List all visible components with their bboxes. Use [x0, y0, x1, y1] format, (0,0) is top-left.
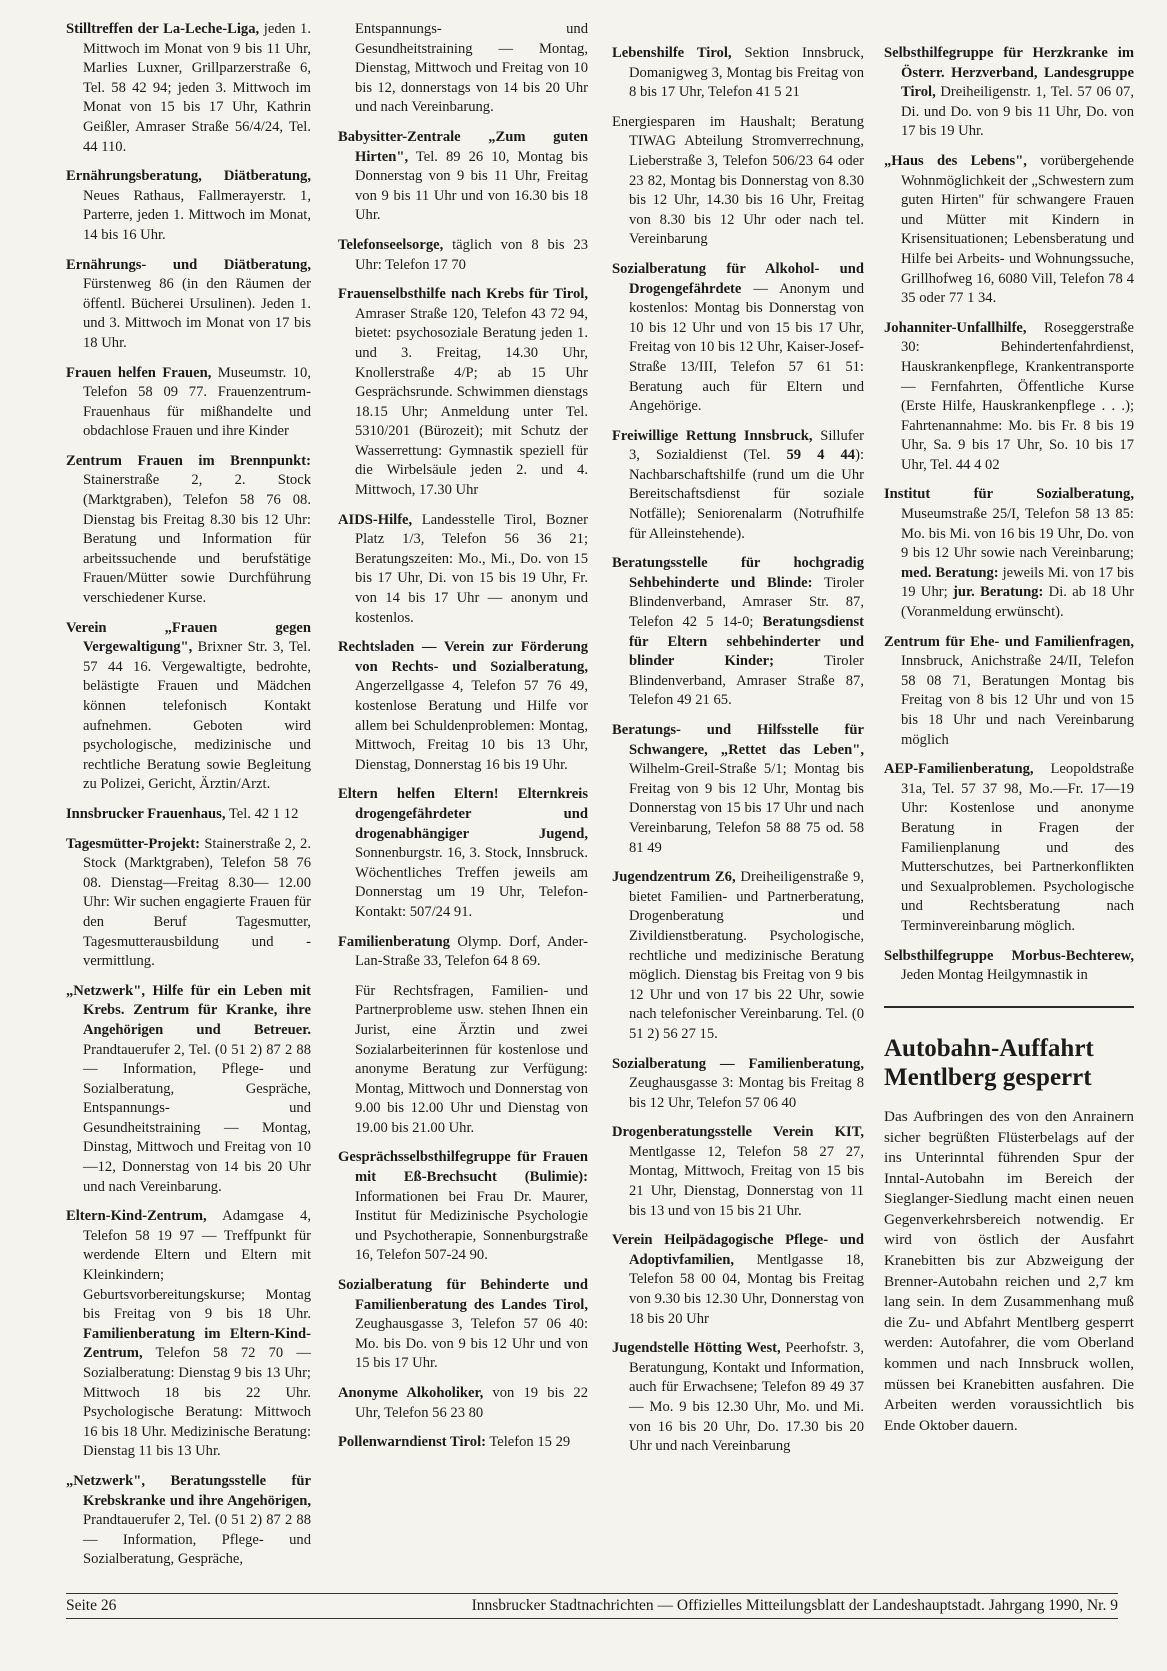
listing-entry: Zentrum für Ehe- und Familienfragen, Inn… [884, 633, 1134, 751]
entry-text: Neues Rathaus, Fallmerayerstr. 1, Parter… [83, 188, 311, 243]
entry-title: Telefonseelsorge, [338, 237, 443, 253]
listing-entry: Stilltreffen der La-Leche-Liga, jeden 1.… [66, 20, 311, 157]
entry-text: Jeden Montag Heilgymnastik in [901, 967, 1088, 983]
entry-title: Gesprächsselbsthilfegruppe für Frauen mi… [338, 1149, 588, 1185]
article-body: Das Aufbringen des von den Anrainern sic… [884, 1107, 1134, 1437]
column-4: Selbsthilfegruppe für Herzkranke im Öste… [884, 44, 1134, 1452]
listing-entry: Frauenselbsthilfe nach Krebs für Tirol, … [338, 285, 588, 501]
listing-entry: Eltern helfen Eltern! Elternkreis drogen… [338, 785, 588, 922]
entry-title: Innsbrucker Frauenhaus, [66, 806, 226, 822]
listing-entry: Ernährungs- und Diätberatung, Fürstenweg… [66, 256, 311, 354]
listing-entry: Babysitter-Zentrale „Zum guten Hirten", … [338, 128, 588, 226]
entry-text: Stainerstraße 2, 2. Stock (Marktgraben),… [83, 836, 311, 970]
entry-title: AIDS-Hilfe, [338, 512, 412, 528]
news-article: Autobahn-Auffahrt Mentlberg gesperrt Das… [884, 1034, 1134, 1437]
listing-entry: Frauen helfen Frauen, Museumstr. 10, Tel… [66, 364, 311, 442]
entry-title: Drogenberatungsstelle Verein KIT, [612, 1124, 864, 1140]
entry-text: Stainerstraße 2, 2. Stock (Marktgraben),… [83, 472, 311, 606]
listing-entry: Institut für Sozialberatung, Museumstraß… [884, 485, 1134, 622]
listing-entry: „Haus des Lebens", vorübergehende Wohnmö… [884, 152, 1134, 309]
entry-text: Dreiheiligenstr. 1, Tel. 57 06 07, Di. u… [901, 84, 1134, 139]
publication-info: Innsbrucker Stadtnachrichten — Offiziell… [472, 1594, 1118, 1618]
entry-text: Informationen bei Frau Dr. Maurer, Insti… [355, 1189, 588, 1264]
entry-title: Eltern-Kind-Zentrum, [66, 1208, 207, 1224]
entry-title: Selbsthilfegruppe Morbus-Bechterew, [884, 948, 1134, 964]
entry-text: Zeughausgasse 3, Telefon 57 06 40: Mo. b… [355, 1316, 588, 1371]
listing-entry: Gesprächsselbsthilfegruppe für Frauen mi… [338, 1148, 588, 1266]
entry-text: Sonnenburgstr. 16, 3. Stock, Innsbruck. … [355, 845, 588, 920]
listing-entry: Freiwillige Rettung Innsbruck, Sillufer … [612, 427, 864, 545]
entry-title: „Haus des Lebens", [884, 153, 1027, 169]
listing-entry: Ernährungsberatung, Diätberatung, Neues … [66, 167, 311, 245]
listing-entry: Sozialberatung für Behinderte und Famili… [338, 1276, 588, 1374]
entry-title: Stilltreffen der La-Leche-Liga, [66, 21, 259, 37]
listing-entry: Zentrum Frauen im Brennpunkt: Stainerstr… [66, 452, 311, 609]
newspaper-page: Stilltreffen der La-Leche-Liga, jeden 1.… [66, 20, 1116, 1580]
entry-text: Innsbruck, Anichstraße 24/II, Telefon 58… [901, 653, 1134, 747]
entry-title: Frauen helfen Frauen, [66, 365, 211, 381]
listing-entry: Verein Heilpädagogische Pflege- und Adop… [612, 1231, 864, 1329]
entry-title: Familienberatung [338, 934, 450, 950]
listing-entry: Beratungsstelle für hochgradig Sehbehind… [612, 554, 864, 711]
entry-text: Dreiheiligenstraße 9, bietet Familien- u… [629, 869, 864, 1042]
listing-entry: AIDS-Hilfe, Landesstelle Tirol, Bozner P… [338, 511, 588, 629]
entry-text: Zeughausgasse 3: Montag bis Freitag 8 bi… [629, 1075, 864, 1111]
listing-entry: Innsbrucker Frauenhaus, Tel. 42 1 12 [66, 805, 311, 825]
entry-text: Adamgase 4, Telefon 58 19 97 — Treffpunk… [83, 1208, 311, 1322]
entry-title: Rechtsladen — Verein zur Förderung von R… [338, 639, 588, 675]
entry-text: Prandtauerufer 2, Tel. (0 51 2) 87 2 88 … [83, 1042, 311, 1195]
entry-text: — Anonym und kostenlos: Montag bis Donne… [629, 281, 864, 415]
entry-title: Beratungs- und Hilfsstelle für Schwanger… [612, 722, 864, 758]
column-2: Entspannungs- und Gesundheitstraining — … [338, 20, 588, 1463]
entry-text: Telefon 15 29 [486, 1434, 570, 1450]
entry-text: Brixner Str. 3, Tel. 57 44 16. Vergewalt… [83, 639, 311, 792]
entry-title: Anonyme Alkoholiker, [338, 1385, 483, 1401]
entry-text: jeden 1. Mittwoch im Monat von 9 bis 11 … [83, 21, 311, 155]
entry-title: Eltern helfen Eltern! Elternkreis drogen… [338, 786, 588, 841]
entry-subtitle: jur. Beratung: [953, 584, 1043, 600]
listing-entry: Jugendzentrum Z6, Dreiheiligenstraße 9, … [612, 868, 864, 1044]
entry-title: Sozialberatung für Behinderte und Famili… [338, 1277, 588, 1313]
entry-text: Landesstelle Tirol, Bozner Platz 1/3, Te… [355, 512, 588, 626]
listing-entry: Sozialberatung für Alkohol- und Drogenge… [612, 260, 864, 417]
column-1: Stilltreffen der La-Leche-Liga, jeden 1.… [66, 20, 311, 1580]
entry-title: Lebenshilfe Tirol, [612, 45, 732, 61]
entry-text: Amraser Straße 120, Telefon 43 72 94, bi… [355, 306, 588, 498]
entry-subtitle: med. Beratung: [901, 565, 999, 581]
entry-phone: 59 4 44 [786, 447, 855, 463]
entry-title: AEP-Familienberatung, [884, 761, 1034, 777]
listing-entry: Jugendstelle Hötting West, Peerhofstr. 3… [612, 1339, 864, 1457]
listing-entry: Pollenwarndienst Tirol: Telefon 15 29 [338, 1433, 588, 1453]
listing-entry: Energiesparen im Haushalt; Beratung TIWA… [612, 113, 864, 250]
entry-title: Sozialberatung — Familienberatung, [612, 1056, 864, 1072]
entry-text: Energiesparen im Haushalt; Beratung TIWA… [612, 114, 864, 248]
listing-entry: Sozialberatung — Familienberatung, Zeugh… [612, 1055, 864, 1114]
entry-title: „Netzwerk", Hilfe für ein Leben mit Kreb… [66, 983, 311, 1038]
listing-entry: „Netzwerk", Beratungsstelle für Krebskra… [66, 1472, 311, 1570]
entry-title: Jugendzentrum Z6, [612, 869, 736, 885]
listing-entry: Selbsthilfegruppe für Herzkranke im Öste… [884, 44, 1134, 142]
entry-title: Zentrum für Ehe- und Familienfragen, [884, 634, 1134, 650]
entry-text: vorübergehende Wohnmöglichkeit der „Schw… [901, 153, 1134, 306]
listing-entry: Anonyme Alkoholiker, von 19 bis 22 Uhr, … [338, 1384, 588, 1423]
entry-title: Tagesmütter-Projekt: [66, 836, 200, 852]
entry-title: Johanniter-Unfallhilfe, [884, 320, 1027, 336]
entry-title: Jugendstelle Hötting West, [612, 1340, 781, 1356]
section-divider [884, 1006, 1134, 1008]
entry-text: Wilhelm-Greil-Straße 5/1; Montag bis Fre… [629, 761, 864, 855]
page-footer: Seite 26 Innsbrucker Stadtnachrichten — … [66, 1593, 1118, 1619]
entry-text: Telefon 58 72 70 — Sozialberatung: Diens… [83, 1345, 311, 1459]
listing-entry: „Netzwerk", Hilfe für ein Leben mit Kreb… [66, 982, 311, 1198]
listing-entry: Lebenshilfe Tirol, Sektion Innsbruck, Do… [612, 44, 864, 103]
entry-text: Leopoldstraße 31a, Tel. 57 37 98, Mo.—Fr… [901, 761, 1134, 934]
entry-title: Pollenwarndienst Tirol: [338, 1434, 486, 1450]
listing-entry: Drogenberatungsstelle Verein KIT, Mentlg… [612, 1123, 864, 1221]
entry-text: Tel. 42 1 12 [226, 806, 299, 822]
article-headline: Autobahn-Auffahrt Mentlberg gesperrt [884, 1034, 1134, 1092]
listing-entry: Familienberatung Olymp. Dorf, Ander-Lan-… [338, 933, 588, 972]
listing-entry: Telefonseelsorge, täglich von 8 bis 23 U… [338, 236, 588, 275]
entry-text: Roseggerstraße 30: Behindertenfahrdienst… [901, 320, 1134, 473]
entry-text: Mentlgasse 12, Telefon 58 27 27, Montag,… [629, 1144, 864, 1219]
entry-title: Ernährungs- und Diätberatung, [66, 257, 311, 273]
listing-entry: Johanniter-Unfallhilfe, Roseggerstraße 3… [884, 319, 1134, 476]
listing-entry: Selbsthilfegruppe Morbus-Bechterew, Jede… [884, 947, 1134, 986]
page-number: Seite 26 [66, 1594, 116, 1618]
listing-entry: AEP-Familienberatung, Leopoldstraße 31a,… [884, 760, 1134, 936]
entry-title: Freiwillige Rettung Innsbruck, [612, 428, 812, 444]
entry-title: „Netzwerk", Beratungsstelle für Krebskra… [66, 1473, 311, 1509]
entry-title: Zentrum Frauen im Brennpunkt: [66, 453, 311, 469]
entry-title: Ernährungsberatung, Diätberatung, [66, 168, 311, 184]
entry-text: Peerhofstr. 3, Beratungung, Kontakt und … [629, 1340, 864, 1454]
entry-title: Frauenselbsthilfe nach Krebs für Tirol, [338, 286, 588, 302]
entry-text: Museumstraße 25/I, Telefon 58 13 85: Mo.… [901, 506, 1134, 561]
listing-continuation: Für Rechtsfragen, Familien- und Partnerp… [338, 982, 588, 1139]
entry-text: Für Rechtsfragen, Familien- und Partnerp… [355, 983, 588, 1136]
entry-text: Angerzellgasse 4, Telefon 57 76 49, kost… [355, 678, 588, 772]
listing-entry: Eltern-Kind-Zentrum, Adamgase 4, Telefon… [66, 1207, 311, 1462]
entry-text: Entspannungs- und Gesundheitstraining — … [355, 21, 588, 115]
entry-title: Institut für Sozialberatung, [884, 486, 1134, 502]
entry-text: Prandtauerufer 2, Tel. (0 51 2) 87 2 88 … [83, 1512, 311, 1567]
listing-entry: Beratungs- und Hilfsstelle für Schwanger… [612, 721, 864, 858]
entry-text: Fürstenweg 86 (in den Räumen der öffentl… [83, 276, 311, 351]
column-3: Lebenshilfe Tirol, Sektion Innsbruck, Do… [612, 44, 864, 1467]
listing-entry: Rechtsladen — Verein zur Förderung von R… [338, 638, 588, 775]
listing-entry: Verein „Frauen gegen Vergewaltigung", Br… [66, 619, 311, 795]
listing-entry: Tagesmütter-Projekt: Stainerstraße 2, 2.… [66, 835, 311, 972]
listing-continuation: Entspannungs- und Gesundheitstraining — … [338, 20, 588, 118]
